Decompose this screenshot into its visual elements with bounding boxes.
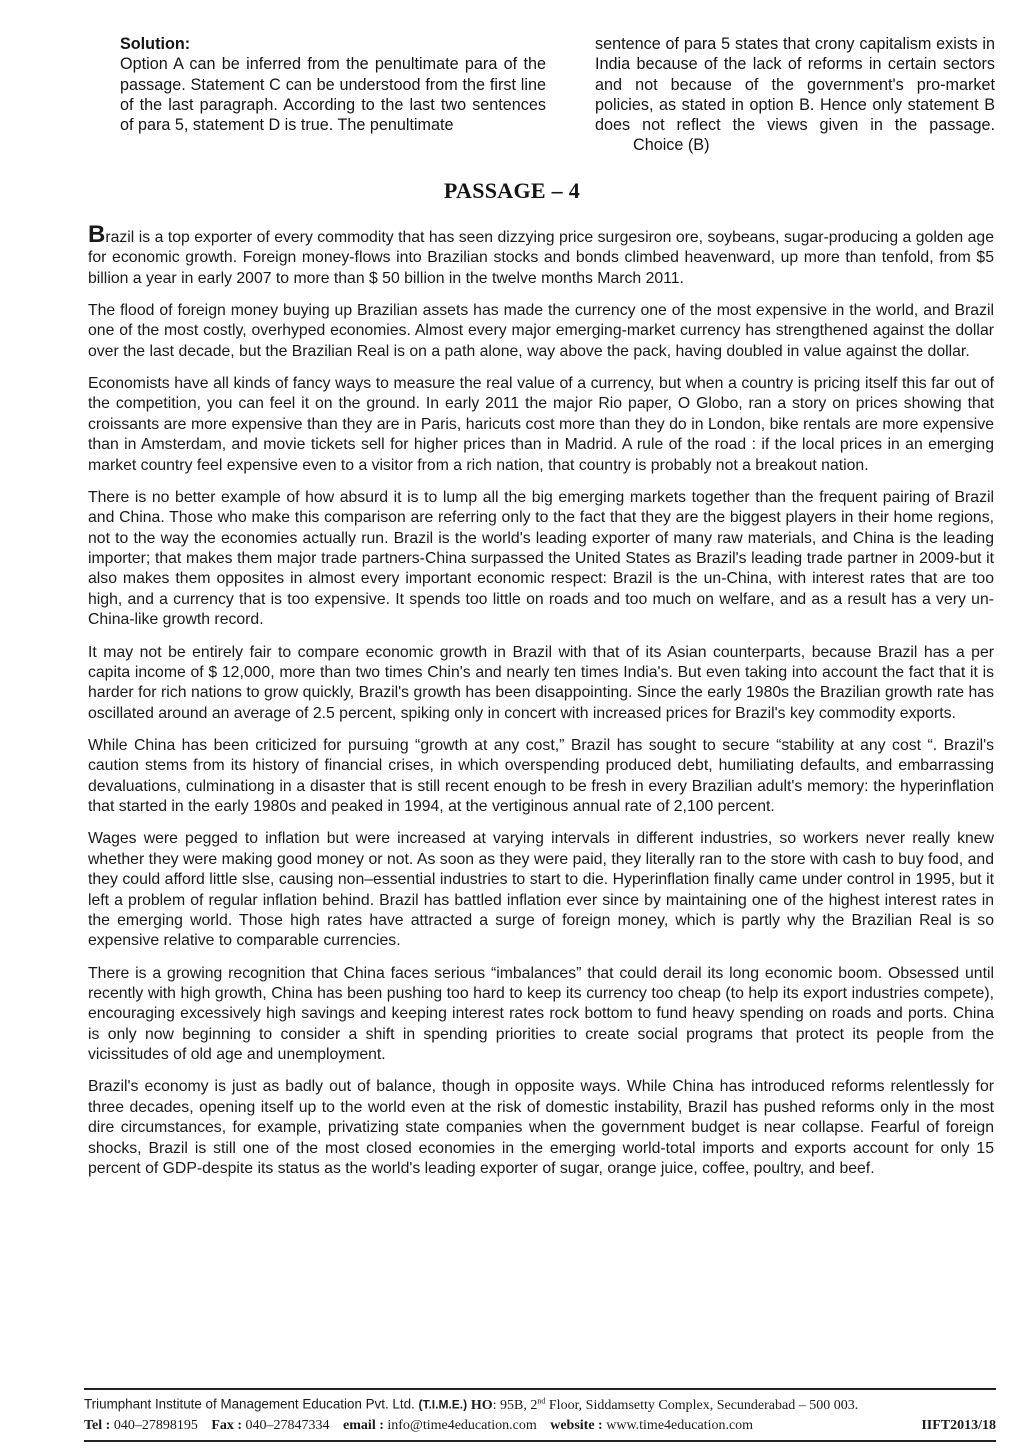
- answer-choice: Choice (B): [633, 135, 709, 155]
- solution-right-paragraph: sentence of para 5 states that crony cap…: [595, 34, 995, 156]
- email-label: email :: [343, 1418, 384, 1433]
- solution-heading: Solution:: [120, 34, 546, 54]
- fax-value: 040–27847334: [246, 1418, 330, 1433]
- passage-body: Brazil is a top exporter of every commod…: [88, 227, 994, 1191]
- document-page: Solution: Option A can be inferred from …: [0, 0, 1024, 1452]
- solution-left-text: Option A can be inferred from the penult…: [120, 54, 546, 135]
- company-name: Triumphant Institute of Management Educa…: [84, 1397, 415, 1412]
- solution-left-column: Solution: Option A can be inferred from …: [120, 34, 546, 135]
- brand-abbreviation: (T.I.M.E.): [418, 1398, 467, 1412]
- passage-paragraph-6: While China has been criticized for purs…: [88, 736, 994, 818]
- footer-contact-line: Tel : 040–27898195 Fax : 040–27847334 em…: [84, 1418, 996, 1434]
- passage-paragraph-5: It may not be entirely fair to compare e…: [88, 643, 994, 725]
- footer-address-line: Triumphant Institute of Management Educa…: [84, 1396, 996, 1414]
- passage-title: PASSAGE – 4: [0, 178, 1024, 204]
- website-label: website :: [550, 1418, 603, 1433]
- passage-paragraph-2: The flood of foreign money buying up Bra…: [88, 301, 994, 362]
- passage-paragraph-1: Brazil is a top exporter of every commod…: [88, 227, 994, 289]
- head-office-label: HO: [471, 1398, 493, 1413]
- drop-cap-letter: B: [88, 221, 105, 248]
- tel-value: 040–27898195: [114, 1418, 198, 1433]
- page-footer: Triumphant Institute of Management Educa…: [84, 1388, 996, 1442]
- passage-paragraph-4: There is no better example of how absurd…: [88, 488, 994, 631]
- solution-right-column: sentence of para 5 states that crony cap…: [595, 34, 995, 156]
- tel-label: Tel :: [84, 1418, 110, 1433]
- footer-bottom-rule: [84, 1440, 996, 1442]
- footer-top-rule: [84, 1388, 996, 1390]
- email-link[interactable]: info@time4education.com: [387, 1418, 536, 1433]
- passage-paragraph-8: There is a growing recognition that Chin…: [88, 964, 994, 1066]
- paragraph-text: razil is a top exporter of every commodi…: [88, 229, 994, 287]
- address-part-2: Floor, Siddamsetty Complex, Secunderabad…: [545, 1398, 858, 1413]
- page-code: IIFT2013/18: [921, 1418, 996, 1434]
- website-link[interactable]: www.time4education.com: [606, 1418, 753, 1433]
- passage-paragraph-7: Wages were pegged to inflation but were …: [88, 829, 994, 951]
- contact-details: Tel : 040–27898195 Fax : 040–27847334 em…: [84, 1418, 753, 1434]
- passage-paragraph-3: Economists have all kinds of fancy ways …: [88, 374, 994, 476]
- passage-paragraph-9: Brazil's economy is just as badly out of…: [88, 1077, 994, 1179]
- solution-right-text: sentence of para 5 states that crony cap…: [595, 35, 995, 134]
- address-part-1: : 95B, 2: [493, 1398, 538, 1413]
- fax-label: Fax :: [211, 1418, 242, 1433]
